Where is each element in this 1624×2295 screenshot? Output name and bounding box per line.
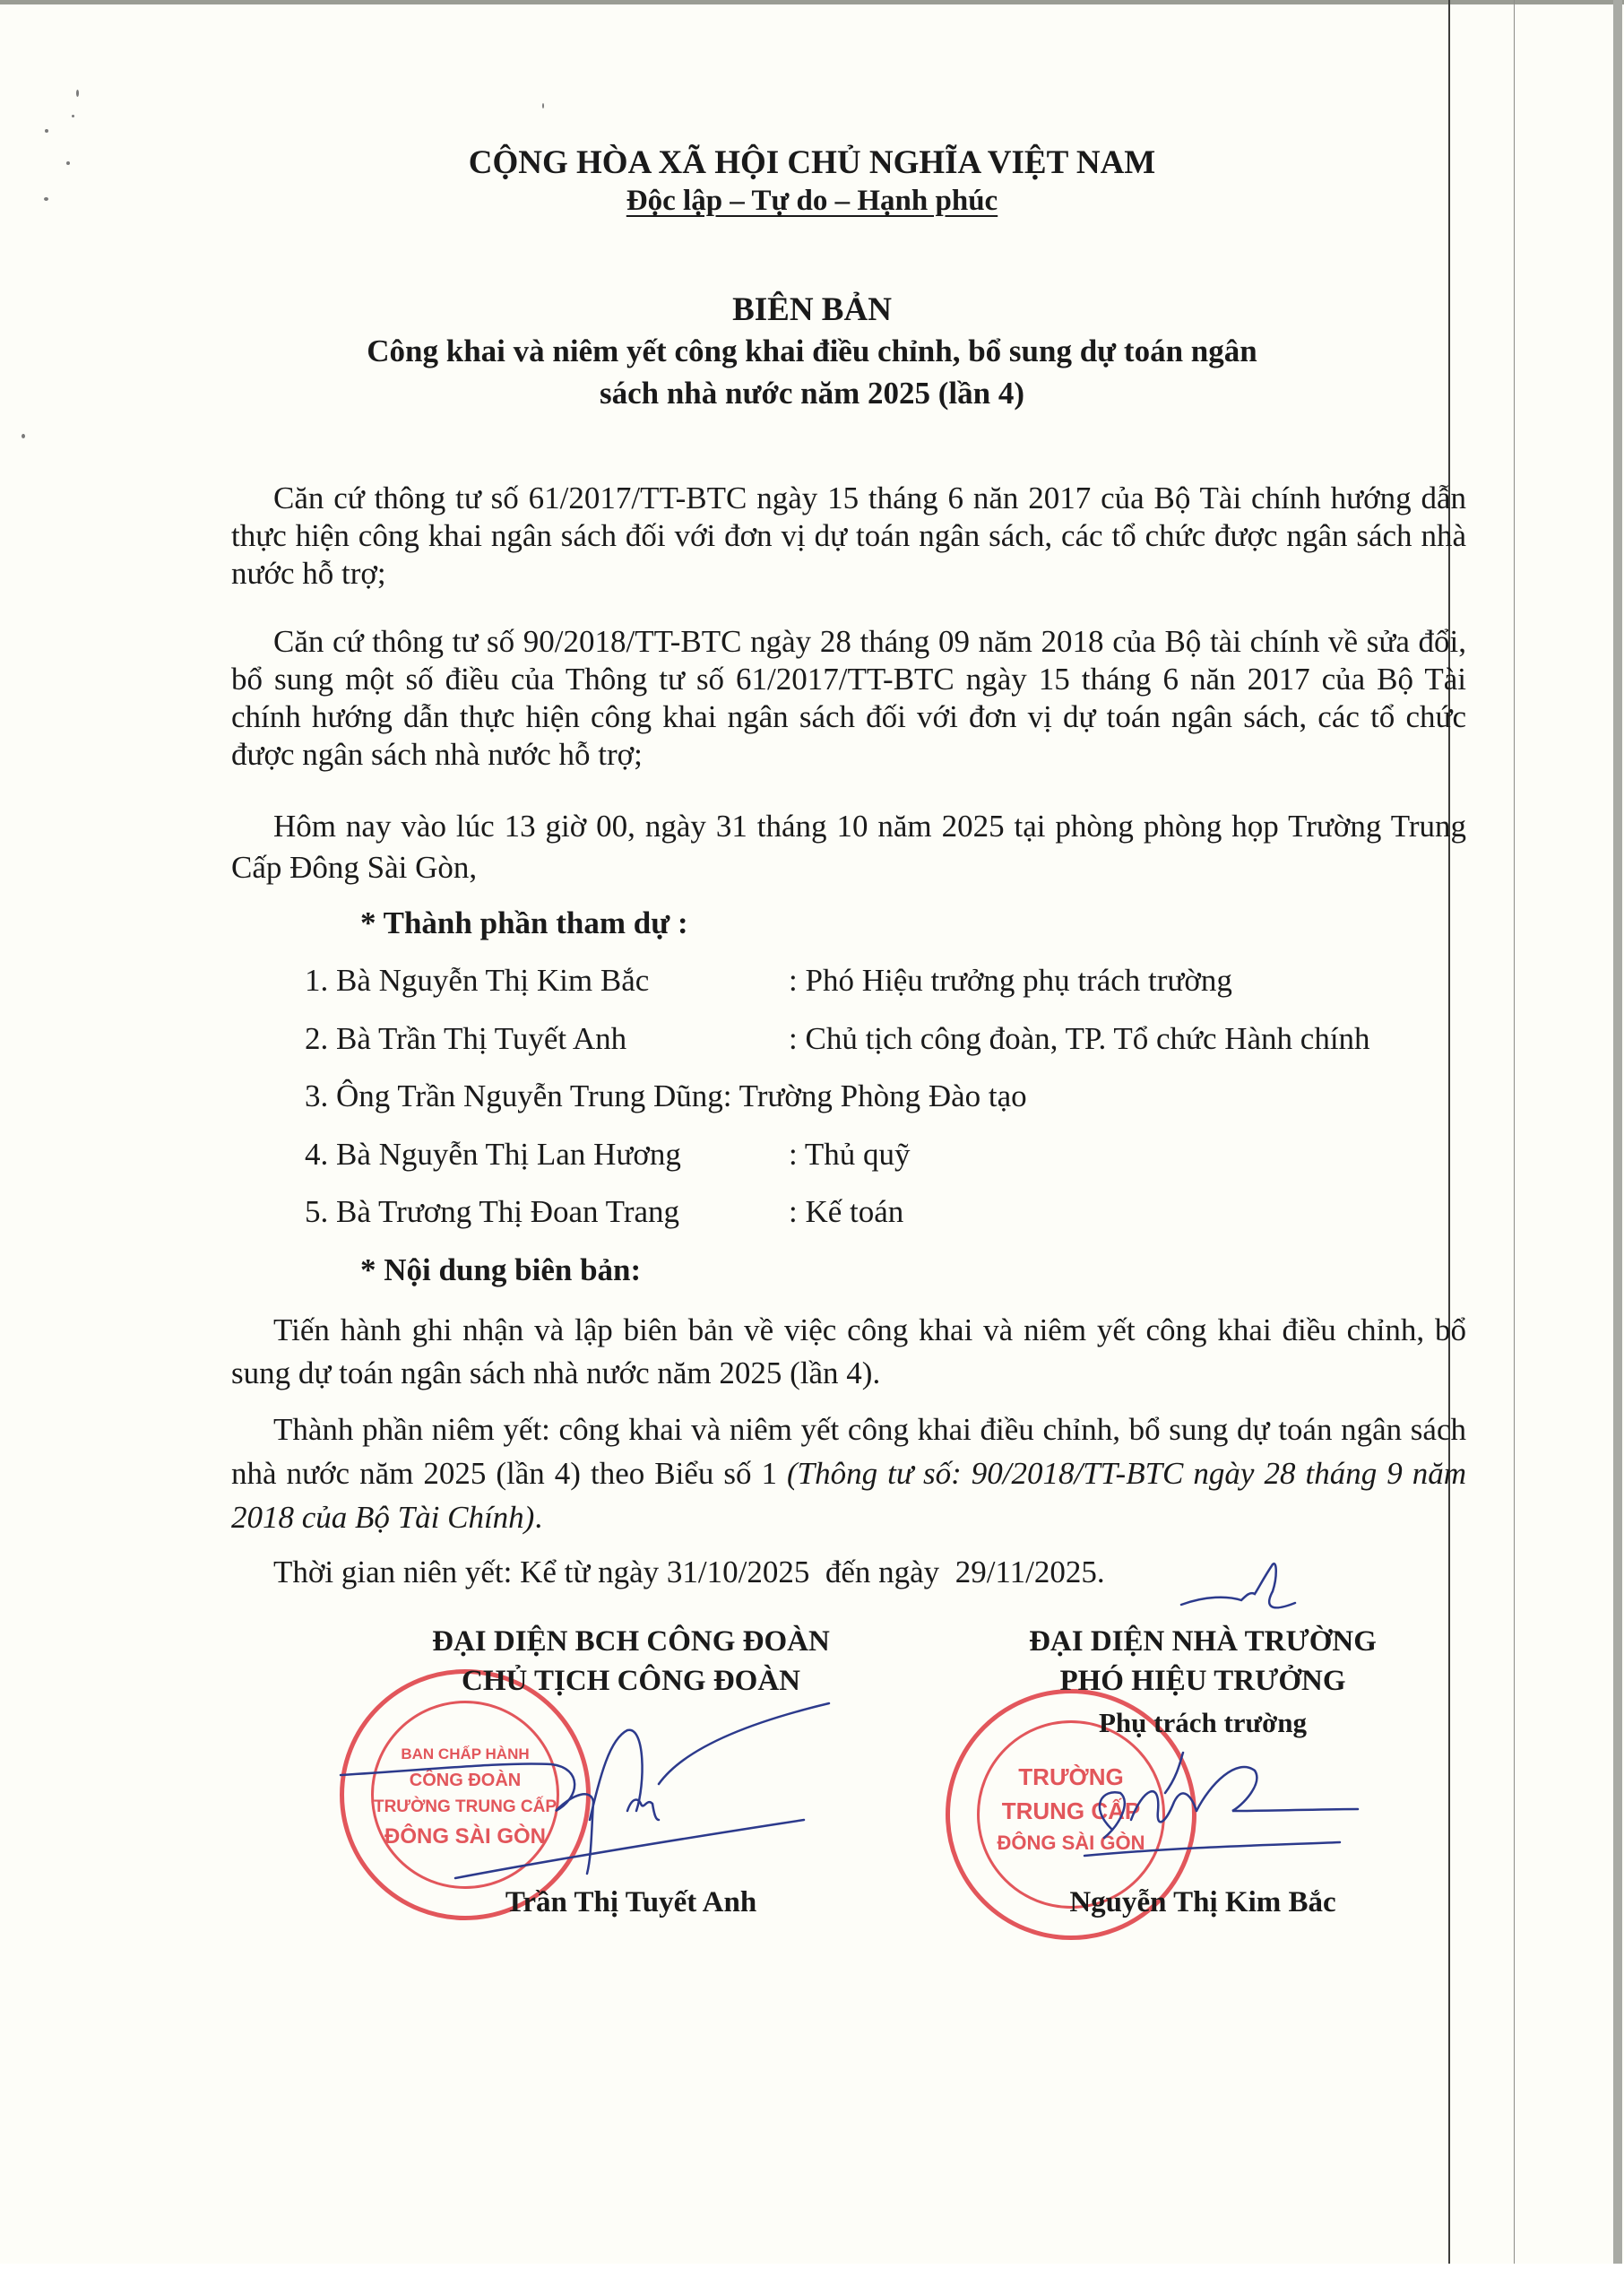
scan-speck [72, 115, 74, 117]
union-representative-name: Trần Thị Tuyết Anh [362, 1886, 900, 1919]
attendee-number: 3. [305, 1078, 328, 1113]
posting-start-date: 31/10/2025 [667, 1555, 809, 1589]
document-subtitle-line1: Công khai và niêm yết công khai điều chỉ… [0, 333, 1624, 369]
basis-paragraph-2: Căn cứ thông tư số 90/2018/TT-BTC ngày 2… [231, 623, 1466, 774]
stamp-text: CÔNG ĐOÀN [344, 1771, 586, 1791]
attendee-item: 4. Bà Nguyễn Thị Lan Hương : Thủ quỹ [305, 1137, 681, 1173]
stamp-inner-ring [371, 1701, 559, 1889]
attendee-name: Bà Nguyễn Thị Kim Bắc [336, 963, 649, 998]
posting-components-paragraph: Thành phần niêm yết: công khai và niêm y… [231, 1407, 1466, 1539]
scan-speck [76, 90, 79, 97]
stamp-text: TRUNG CẤP [950, 1797, 1192, 1825]
attendee-item: 2. Bà Trần Thị Tuyết Anh : Chủ tịch công… [305, 1021, 626, 1057]
union-representative-title: ĐẠI DIỆN BCH CÔNG ĐOÀN [362, 1625, 900, 1658]
attendees-heading: * Thành phần tham dự : [360, 905, 688, 941]
attendee-role: : Kế toán [789, 1194, 903, 1230]
posting-period-label: Thời gian niên yết: Kể từ ngày [273, 1555, 667, 1589]
punctuation: . [534, 1500, 542, 1535]
attendee-number: 4. [305, 1137, 328, 1172]
attendee-name: Ông Trần Nguyễn Trung Dũng [336, 1078, 723, 1113]
attendee-number: 5. [305, 1194, 328, 1229]
scan-speck [542, 103, 544, 108]
union-stamp: BAN CHẤP HÀNH CÔNG ĐOÀN TRƯỜNG TRUNG CẤP… [340, 1669, 591, 1920]
school-signature-stroke [1196, 1767, 1358, 1811]
attendee-number: 2. [305, 1021, 328, 1056]
attendee-item: 3. Ông Trần Nguyễn Trung Dũng: Trường Ph… [305, 1078, 1027, 1114]
school-representative-title: ĐẠI DIỆN NHÀ TRƯỜNG [934, 1625, 1472, 1658]
document-subtitle-line2: sách nhà nước năm 2025 (lần 4) [0, 376, 1624, 411]
attendee-name: Bà Trương Thị Đoan Trang [336, 1194, 679, 1229]
union-signature-stroke [590, 1730, 643, 1820]
stamp-text: ĐÔNG SÀI GÒN [344, 1824, 586, 1849]
school-representative-name: Nguyễn Thị Kim Bắc [934, 1886, 1472, 1919]
school-representative-position: PHÓ HIỆU TRƯỞNG [934, 1665, 1472, 1698]
content-heading: * Nội dung biên bản: [360, 1252, 641, 1288]
national-motto-text: Độc lập – Tự do – Hạnh phúc [626, 185, 998, 217]
scan-top-edge [0, 0, 1624, 4]
attendee-role: : Phó Hiệu trưởng phụ trách trường [789, 963, 1232, 999]
basis-paragraph-1: Căn cứ thông tư số 61/2017/TT-BTC ngày 1… [231, 480, 1466, 593]
scan-bottom-margin [0, 2264, 1624, 2295]
stamp-text: TRƯỜNG [950, 1763, 1192, 1791]
punctuation: . [1097, 1555, 1105, 1589]
school-representative-subposition: Phụ trách trường [934, 1707, 1472, 1739]
document-type: BIÊN BẢN [0, 290, 1624, 329]
attendee-role: : Chủ tịch công đoàn, TP. Tổ chức Hành c… [789, 1021, 1370, 1057]
posting-period-paragraph: Thời gian niên yết: Kể từ ngày 31/10/202… [231, 1554, 1466, 1591]
record-paragraph: Tiến hành ghi nhận và lập biên bản về vi… [231, 1309, 1466, 1395]
stamp-text: BAN CHẤP HÀNH [344, 1745, 586, 1763]
attendee-role: : Thủ quỹ [789, 1137, 910, 1173]
posting-period-connector: đến ngày [809, 1555, 955, 1589]
attendee-item: 5. Bà Trương Thị Đoan Trang : Kế toán [305, 1194, 679, 1230]
meeting-paragraph: Hôm nay vào lúc 13 giờ 00, ngày 31 tháng… [231, 806, 1466, 888]
attendee-role: : Trường Phòng Đào tạo [723, 1078, 1027, 1113]
national-title: CỘNG HÒA XÃ HỘI CHỦ NGHĨA VIỆT NAM [0, 143, 1624, 182]
stamp-text: ĐÔNG SÀI GÒN [950, 1832, 1192, 1855]
national-motto: Độc lập – Tự do – Hạnh phúc [0, 185, 1624, 218]
union-signature-stroke [627, 1799, 659, 1820]
attendee-name: Bà Nguyễn Thị Lan Hương [336, 1137, 681, 1172]
attendee-item: 1. Bà Nguyễn Thị Kim Bắc : Phó Hiệu trưở… [305, 963, 649, 999]
scan-speck [45, 129, 48, 133]
scan-speck [22, 434, 25, 438]
union-representative-position: CHỦ TỊCH CÔNG ĐOÀN [362, 1665, 900, 1698]
posting-end-date: 29/11/2025 [955, 1555, 1097, 1589]
attendee-number: 1. [305, 963, 328, 998]
attendee-name: Bà Trần Thị Tuyết Anh [336, 1021, 626, 1056]
union-signature-stroke [659, 1703, 829, 1784]
stamp-text: TRƯỜNG TRUNG CẤP [344, 1797, 586, 1817]
